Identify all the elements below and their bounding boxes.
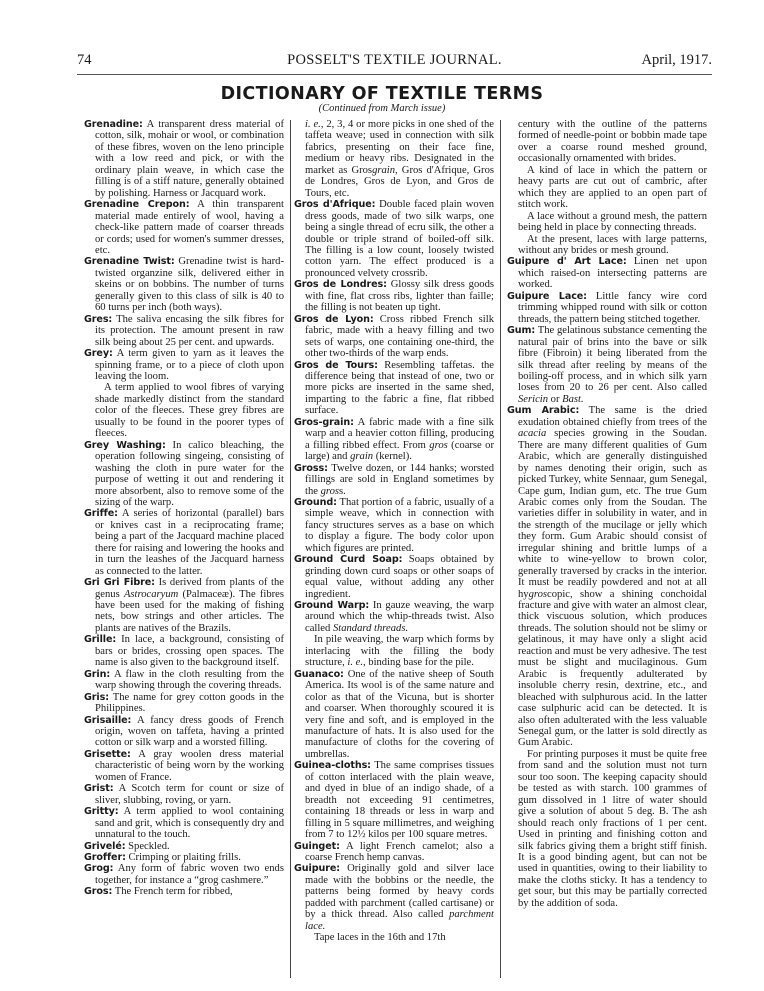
dictionary-entry: Grille: In lace, a background, consistin… — [84, 634, 284, 668]
entry-term: Grog: — [84, 863, 113, 874]
dictionary-entry: Grog: Any form of fabric woven two ends … — [84, 863, 284, 886]
entry-term: Guanaco: — [294, 669, 344, 680]
dictionary-entry: Grey: A term given to yarn as it leaves … — [84, 348, 284, 382]
entry-term: Ground: — [294, 497, 337, 508]
dictionary-entry: Gros: The French term for ribbed, — [84, 886, 284, 897]
entry-continuation: i. e., 2, 3, 4 or more picks in one shed… — [294, 119, 494, 199]
entry-term: Gris: — [84, 692, 109, 703]
entry-paragraph: A lace without a ground mesh, the patter… — [507, 211, 707, 234]
entry-term: Guinea-cloths: — [294, 760, 371, 771]
dictionary-entry: Gritty: A term applied to wool containin… — [84, 806, 284, 840]
entry-term: Gros de Lyon: — [294, 314, 374, 325]
entry-term: Grisaille: — [84, 715, 131, 726]
entry-term: Guipure: — [294, 863, 340, 874]
entry-term: Grisette: — [84, 749, 131, 760]
dictionary-entry: Groffer: Crimping or plaiting frills. — [84, 852, 284, 863]
dictionary-entry: Ground: That portion of a fabric, usuall… — [294, 497, 494, 554]
article-title: DICTIONARY OF TEXTILE TERMS — [0, 84, 764, 104]
entry-definition: Twelve dozen, or 144 hanks; worsted fill… — [305, 463, 494, 497]
entry-definition: Double faced plain woven dress goods, ma… — [305, 199, 494, 279]
entry-paragraph: A kind of lace in which the pattern or h… — [507, 165, 707, 211]
entry-paragraph: Tape laces in the 16th and 17th — [294, 932, 494, 943]
entry-definition: Speckled. — [128, 841, 169, 852]
entry-definition: One of the native sheep of South America… — [305, 669, 494, 760]
dictionary-entry: Gum: The gelatinous substance cementing … — [507, 325, 707, 405]
entry-definition: The same comprises tissues of cotton int… — [305, 760, 494, 840]
dictionary-entry: Grist: A Scotch term for count or size o… — [84, 783, 284, 806]
dictionary-entry: Guipure: Originally gold and silver lace… — [294, 863, 494, 932]
dictionary-entry: Grenadine Twist: Grenadine twist is hard… — [84, 256, 284, 313]
entry-paragraph: For printing purposes it must be quite f… — [507, 749, 707, 909]
column-2: i. e., 2, 3, 4 or more picks in one shed… — [294, 119, 494, 944]
dictionary-entry: Gros-grain: A fabric made with a fine si… — [294, 417, 494, 463]
entry-term: Grenadine Crepon: — [84, 199, 189, 210]
dictionary-entry: Grisette: A gray woolen dress material c… — [84, 749, 284, 783]
entry-definition: Crimping or plaiting frills. — [128, 852, 240, 863]
article-subtitle: (Continued from March issue) — [0, 103, 764, 114]
dictionary-entry: Griffe: A series of horizontal (parallel… — [84, 508, 284, 577]
entry-paragraph: In pile weaving, the warp which forms by… — [294, 634, 494, 668]
issue-date: April, 1917. — [642, 52, 712, 69]
dictionary-entry: Gross: Twelve dozen, or 144 hanks; worst… — [294, 463, 494, 497]
dictionary-entry: Gum Arabic: The same is the dried exudat… — [507, 405, 707, 749]
journal-title: POSSELT'S TEXTILE JOURNAL. — [77, 52, 712, 69]
entry-term: Grivelé: — [84, 841, 126, 852]
dictionary-entry: Gris: The name for grey cotton goods in … — [84, 692, 284, 715]
dictionary-entry: Gri Gri Fibre: Is derived from plants of… — [84, 577, 284, 634]
entry-definition: The name for grey cotton goods in the Ph… — [95, 692, 284, 714]
entry-definition: The French term for ribbed, — [115, 886, 233, 897]
entry-term: Gros-grain: — [294, 417, 354, 428]
entry-term: Gres: — [84, 314, 112, 325]
entry-term: Grist: — [84, 783, 113, 794]
entry-term: Gros: — [84, 886, 112, 897]
entry-term: Gritty: — [84, 806, 118, 817]
entry-definition: The same is the dried exudation obtained… — [518, 405, 707, 748]
entry-term: Guinget: — [294, 841, 340, 852]
entry-definition: A term applied to wool containing sand a… — [95, 806, 284, 840]
dictionary-entry: Grey Washing: In calico bleaching, the o… — [84, 440, 284, 509]
entry-term: Gum Arabic: — [507, 405, 579, 416]
entry-paragraph: At the present, laces with large pattern… — [507, 234, 707, 257]
entry-term: Grenadine Twist: — [84, 256, 175, 267]
entry-definition: A term given to yarn as it leaves the sp… — [95, 348, 284, 382]
entry-term: Ground Warp: — [294, 600, 369, 611]
entry-term: Groffer: — [84, 852, 126, 863]
dictionary-entry: Guinea-cloths: The same comprises tissue… — [294, 760, 494, 840]
entry-definition: In lace, a background, consisting of bar… — [95, 634, 284, 668]
entry-definition: A flaw in the cloth resulting from the w… — [95, 669, 284, 691]
column-1: Grenadine: A transparent dress material … — [84, 119, 284, 898]
dictionary-entry: Grenadine Crepon: A thin transparent mat… — [84, 199, 284, 256]
dictionary-entry: Ground Warp: In gauze weaving, the warp … — [294, 600, 494, 634]
dictionary-entry: Gros de Lyon: Cross ribbed French silk f… — [294, 314, 494, 360]
entry-term: Gros de Londres: — [294, 279, 387, 290]
entry-continuation: century with the outline of the patterns… — [507, 119, 707, 165]
dictionary-entry: Guinget: A light French camelot; also a … — [294, 841, 494, 864]
entry-term: Guipure Lace: — [507, 291, 587, 302]
dictionary-entry: Grenadine: A transparent dress material … — [84, 119, 284, 199]
dictionary-entry: Gros de Tours: Resembling taffetas. the … — [294, 360, 494, 417]
running-head: 74 POSSELT'S TEXTILE JOURNAL. April, 191… — [77, 52, 712, 72]
dictionary-entry: Grin: A flaw in the cloth resulting from… — [84, 669, 284, 692]
header-rule — [77, 74, 712, 75]
dictionary-entry: Gros d'Afrique: Double faced plain woven… — [294, 199, 494, 279]
dictionary-entry: Guipure d' Art Lace: Linen net upon whic… — [507, 256, 707, 290]
entry-term: Griffe: — [84, 508, 118, 519]
column-divider — [500, 120, 501, 978]
column-divider — [290, 120, 291, 978]
entry-definition: A transparent dress material of cotton, … — [95, 119, 284, 199]
entry-definition: The gelatinous substance cementing the n… — [518, 325, 707, 405]
entry-term: Gross: — [294, 463, 328, 474]
entry-term: Guipure d' Art Lace: — [507, 256, 627, 267]
dictionary-entry: Ground Curd Soap: Soaps obtained by grin… — [294, 554, 494, 600]
entry-term: Grin: — [84, 669, 110, 680]
entry-term: Gum: — [507, 325, 535, 336]
entry-term: Grey Washing: — [84, 440, 166, 451]
entry-term: Gri Gri Fibre: — [84, 577, 155, 588]
entry-definition: A Scotch term for count or size of slive… — [95, 783, 284, 805]
entry-definition: The saliva encasing the silk fibres for … — [95, 314, 284, 348]
entry-term: Grey: — [84, 348, 113, 359]
column-3: century with the outline of the patterns… — [507, 119, 707, 909]
entry-paragraph: A term applied to wool fibres of varying… — [84, 382, 284, 439]
entry-definition: Any form of fabric woven two ends togeth… — [95, 863, 284, 885]
dictionary-entry: Guipure Lace: Little fancy wire cord tri… — [507, 291, 707, 325]
entry-term: Ground Curd Soap: — [294, 554, 402, 565]
entry-term: Gros d'Afrique: — [294, 199, 375, 210]
entry-definition: A series of horizontal (parallel) bars o… — [95, 508, 284, 576]
entry-term: Gros de Tours: — [294, 360, 378, 371]
dictionary-entry: Grivelé: Speckled. — [84, 841, 284, 852]
dictionary-entry: Gros de Londres: Glossy silk dress goods… — [294, 279, 494, 313]
dictionary-entry: Guanaco: One of the native sheep of Sout… — [294, 669, 494, 761]
entry-term: Grenadine: — [84, 119, 143, 130]
entry-term: Grille: — [84, 634, 116, 645]
dictionary-entry: Gres: The saliva encasing the silk fibre… — [84, 314, 284, 348]
dictionary-entry: Grisaille: A fancy dress goods of French… — [84, 715, 284, 749]
